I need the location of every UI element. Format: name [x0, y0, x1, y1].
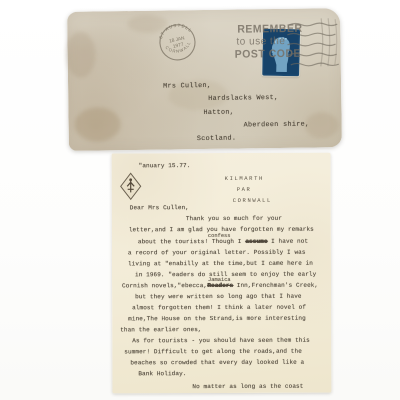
photo-of-letter-and-envelope: ST AUSTELL CORNWALL 18 JAN 1977 REMEMBER… [0, 0, 400, 400]
letter-date: "anuary 15.77. [139, 162, 191, 169]
body-text: about the tourists! Though I [138, 238, 245, 245]
body-line: mine,The House on the Strand,is more int… [128, 315, 306, 323]
body-line: about the tourists! Though I assume I ha… [138, 238, 308, 246]
body-line: As for tourists - you should have seen t… [132, 337, 310, 345]
body-line: almost forgotten them! I think a later n… [132, 304, 306, 312]
salutation: Dear Mrs Cullen, [130, 204, 189, 211]
body-line: a record of your original letter. Possib… [128, 249, 306, 257]
cancel-wavy-lines [217, 14, 341, 72]
body-line: Bank Holiday. [138, 370, 186, 377]
body-line: beaches so crowded that every day looked… [130, 359, 304, 367]
letterhead-county: CORNWALL [233, 197, 272, 204]
body-line: summer! Difficult to get along the roads… [124, 348, 302, 356]
body-line: Cornish novels,"ebecca,Readers Inn,Frenc… [122, 282, 318, 290]
body-line: but they were written so long ago that I… [135, 293, 302, 301]
body-line: than the earlier ones, [120, 326, 201, 333]
address-country: Scotland. [197, 135, 237, 144]
body-line: No matter as long as the coast [192, 383, 303, 390]
address-recipient: Mrs Cullen, [163, 82, 211, 91]
address-town: Hatton, [203, 109, 234, 117]
body-text: Inn,Frenchman's Creek, [233, 282, 318, 289]
body-text: I have not [267, 238, 308, 245]
body-line: living at "enabilly at the time,but I ca… [128, 260, 313, 268]
typed-letter: "anuary 15.77. KILMARTH PAR CORNWALL Dea… [112, 153, 332, 394]
letterhead-village: PAR [237, 186, 252, 193]
body-line: Thank you so much for your [186, 215, 282, 222]
stain-blob [65, 32, 96, 78]
body-text: Cornish novels,"ebecca, [122, 282, 207, 289]
struck-word: Readers [207, 282, 233, 289]
letterhead-house: KILMARTH [225, 175, 264, 182]
address-house: Hardslacks West, [208, 94, 278, 103]
envelope: ST AUSTELL CORNWALL 18 JAN 1977 REMEMBER… [67, 8, 342, 151]
circular-postmark: ST AUSTELL CORNWALL 18 JAN 1977 [151, 16, 204, 69]
struck-word: assume [245, 238, 267, 245]
stain-blob [74, 107, 120, 142]
family-crest-icon [120, 172, 142, 200]
address-county: Aberdeen shire, [244, 121, 310, 130]
